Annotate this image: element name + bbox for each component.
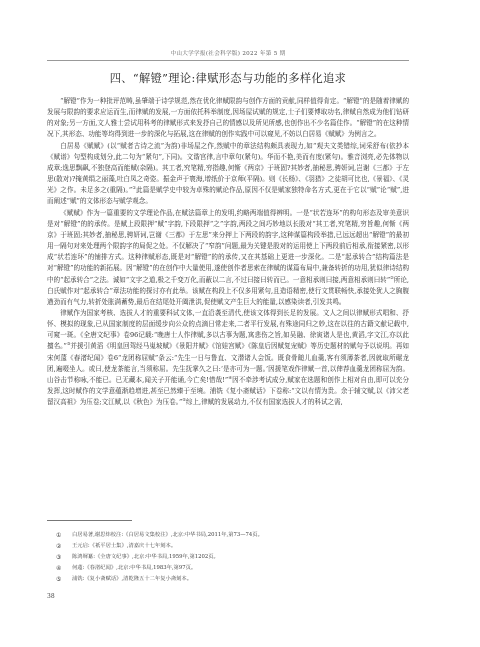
header-rule <box>47 60 409 61</box>
footnote-1: ①白居易著,谢思炜校注:《白居易文集校注》,北京:中华书局,2011年,第73—… <box>47 530 409 541</box>
footnote-5: ⑤浦铣:《复小斋赋话》,清乾隆五十二年复小斋刻本。 <box>47 574 409 585</box>
paragraph-4: 律赋作为国家考核、选拔人才的重要科试文体,一直沿袭至清代,使该文体得到长足的发展… <box>47 308 409 408</box>
running-header: 中山大学学报(社会科学版) 2022 年第 5 期 <box>47 49 409 57</box>
footnote-2: ②王元启:《祇平居士集》,清嘉庆十七年刻本。 <box>47 541 409 552</box>
footnote-rule <box>47 520 132 521</box>
section-title: 四、“解镫”理论:律赋形态与功能的多样化追求 <box>47 70 409 86</box>
footnote-3: ③陈鸿墀纂:《全唐文纪事》,北京:中华书局,1959年,第1202页。 <box>47 552 409 563</box>
body-text: “解镫”作为一种批评范畴,虽肇端于诗学规范,然在优化律赋限韵与创作方面的贡献,同… <box>47 96 409 408</box>
paragraph-3: 《赋赋》作为一篇重要的文学理论作品,在赋法篇章上的发明,约略两端值得辨明。一是“… <box>47 208 409 308</box>
paragraph-2: 白居易《赋赋》(以“赋者古诗之流”为韵)非场屋之作,然赋中的章法结构颇具表现力,… <box>47 141 409 208</box>
footnote-4: ④何薳:《春渚纪闻》,北京:中华书局,1983年,第97页。 <box>47 563 409 574</box>
footnotes: ①白居易著,谢思炜校注:《白居易文集校注》,北京:中华书局,2011年,第73—… <box>47 530 409 585</box>
page-number: 38 <box>47 593 55 600</box>
paragraph-1: “解镫”作为一种批评范畴,虽肇端于诗学规范,然在优化律赋限韵与创作方面的贡献,同… <box>47 96 409 141</box>
